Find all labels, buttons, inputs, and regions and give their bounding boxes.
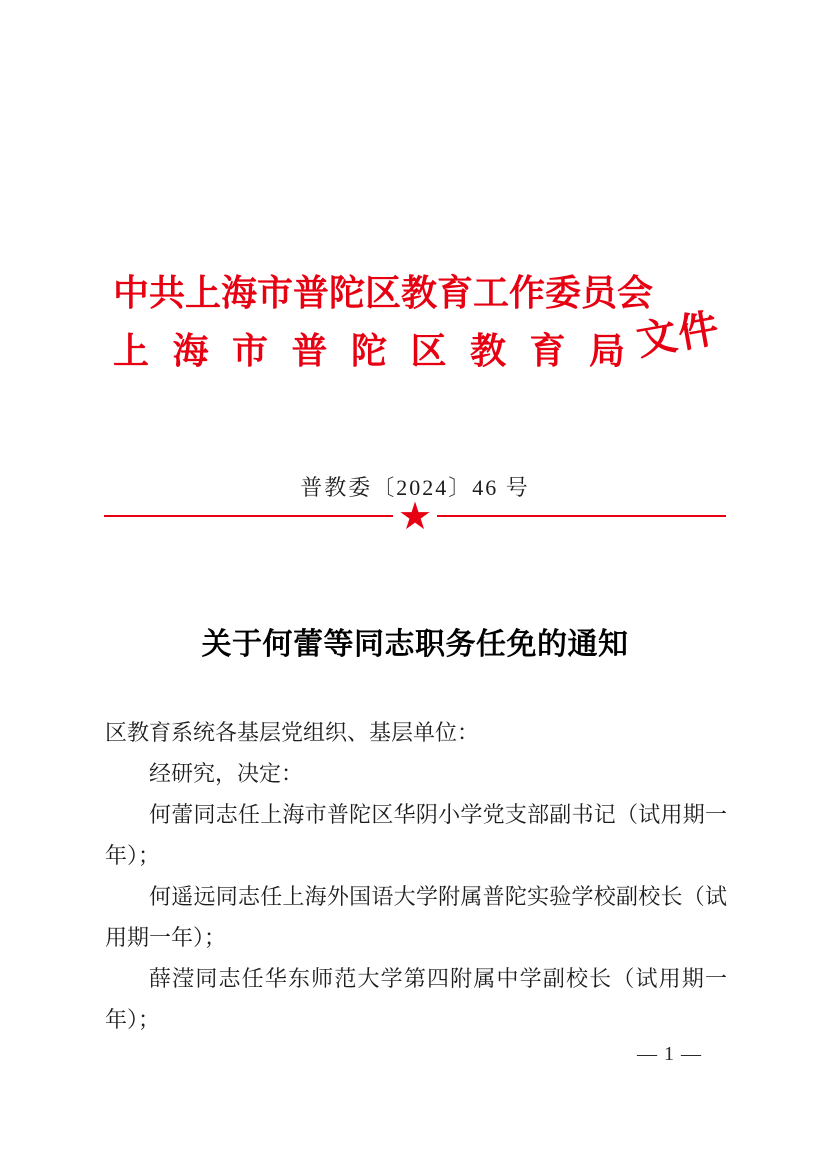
- issuer-line-1: 中共上海市普陀区教育工作委员会: [113, 275, 625, 311]
- body-paragraph-appointment-2: 何遥远同志任上海外国语大学附属普陀实验学校副校长（试用期一年）；: [105, 876, 727, 958]
- star-icon: ★: [398, 498, 432, 534]
- salutation: 区教育系统各基层党组织、基层单位：: [105, 712, 727, 753]
- issuer-line-2: 上海市普陀区教育局: [113, 333, 625, 369]
- body-paragraph-appointment-1: 何蕾同志任上海市普陀区华阴小学党支部副书记（试用期一年）；: [105, 794, 727, 876]
- document-title: 关于何蕾等同志职务任免的通知: [105, 619, 725, 663]
- body-paragraph-decision: 经研究，决定：: [105, 753, 727, 794]
- divider-line-left: [104, 515, 393, 517]
- red-divider: ★: [104, 498, 726, 534]
- page-number: — 1 —: [637, 1043, 702, 1066]
- divider-line-right: [437, 515, 726, 517]
- letterhead: 中共上海市普陀区教育工作委员会 上海市普陀区教育局: [113, 275, 625, 369]
- document-page: 中共上海市普陀区教育工作委员会 上海市普陀区教育局 文件 普教委〔2024〕46…: [0, 0, 826, 1169]
- body-paragraph-appointment-3: 薛滢同志任华东师范大学第四附属中学副校长（试用期一年）；: [105, 958, 727, 1040]
- document-body: 区教育系统各基层党组织、基层单位： 经研究，决定： 何蕾同志任上海市普陀区华阴小…: [105, 712, 727, 1040]
